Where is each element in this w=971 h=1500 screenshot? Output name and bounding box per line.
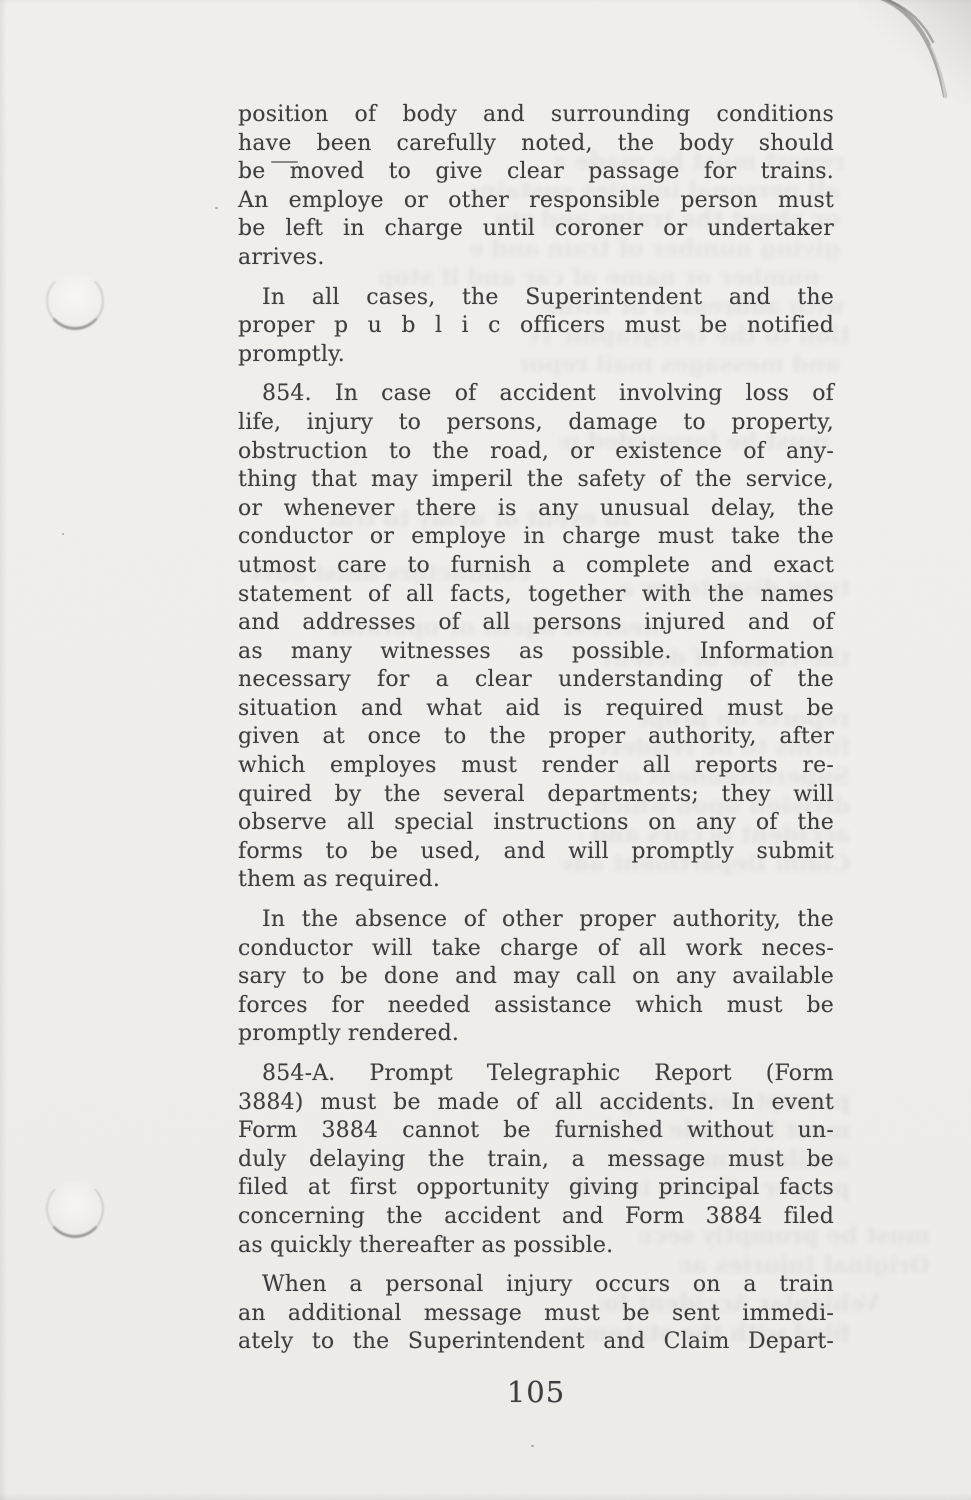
- text-line: them as required.: [238, 866, 834, 895]
- text-line: ately to the Superintendent and Claim De…: [238, 1328, 834, 1357]
- text-line: filed at first opportunity giving princi…: [238, 1174, 834, 1203]
- text-line: 854-A. Prompt Telegraphic Report (Form: [238, 1060, 834, 1089]
- text-line: which employes must render all reports r…: [238, 752, 834, 781]
- paragraph: When a personal injury occurs on a train…: [238, 1271, 834, 1357]
- binder-hole-shadow: [46, 272, 104, 330]
- text-line: forms to be used, and will promptly subm…: [238, 838, 834, 867]
- text-line: have been carefully noted, the body shou…: [238, 130, 834, 159]
- paragraph: In all cases, the Superintendent and the…: [238, 284, 834, 370]
- text-line: duly delaying the train, a message must …: [238, 1146, 834, 1175]
- text-line: be left in charge until coroner or under…: [238, 215, 834, 244]
- text-line: as many witnesses as possible. Informati…: [238, 638, 834, 667]
- binder-hole-shadow: [46, 1180, 104, 1238]
- text-line: position of body and surrounding conditi…: [238, 101, 834, 130]
- text-line: statement of all facts, together with th…: [238, 581, 834, 610]
- text-line: situation and what aid is required must …: [238, 695, 834, 724]
- text-line: be moved to give clear passage for train…: [238, 158, 834, 187]
- text-line: life, injury to persons, damage to prope…: [238, 409, 834, 438]
- paragraph: In the absence of other proper authority…: [238, 906, 834, 1049]
- text-line: promptly rendered.: [238, 1020, 834, 1049]
- text-line: quired by the several departments; they …: [238, 781, 834, 810]
- text-line: promptly.: [238, 341, 834, 370]
- text-line: concerning the accident and Form 3884 fi…: [238, 1203, 834, 1232]
- dust-speck: [62, 533, 64, 535]
- text-line: given at once to the proper authority, a…: [238, 723, 834, 752]
- text-line: conductor will take charge of all work n…: [238, 935, 834, 964]
- paragraph: 854-A. Prompt Telegraphic Report (Form38…: [238, 1060, 834, 1260]
- text-line: 3884) must be made of all accidents. In …: [238, 1089, 834, 1118]
- dust-speck: [531, 1445, 534, 1447]
- page-body: position of body and surrounding conditi…: [238, 101, 834, 1368]
- text-line: thing that may imperil the safety of the…: [238, 466, 834, 495]
- page-number: 105: [238, 1375, 834, 1409]
- scanned-book-page: report must be made at once ofall person…: [0, 0, 971, 1500]
- scan-edge-left: [0, 0, 7, 1500]
- text-line: In all cases, the Superintendent and the: [238, 284, 834, 313]
- print-flaw-overline: [271, 161, 298, 163]
- text-line: sary to be done and may call on any avai…: [238, 963, 834, 992]
- text-line: arrives.: [238, 244, 834, 273]
- paragraph: position of body and surrounding conditi…: [238, 101, 834, 273]
- paragraph: 854. In case of accident involving loss …: [238, 380, 834, 895]
- text-line: an additional message must be sent immed…: [238, 1300, 834, 1329]
- text-line: obstruction to the road, or existence of…: [238, 438, 834, 467]
- text-line: utmost care to furnish a complete and ex…: [238, 552, 834, 581]
- text-line: Form 3884 cannot be furnished without un…: [238, 1117, 834, 1146]
- text-line: and addresses of all persons injured and…: [238, 609, 834, 638]
- text-line: necessary for a clear understanding of t…: [238, 666, 834, 695]
- text-line: 854. In case of accident involving loss …: [238, 380, 834, 409]
- text-line: conductor or employe in charge must take…: [238, 523, 834, 552]
- text-line: proper p u b l i c officers must be noti…: [238, 312, 834, 341]
- text-line: An employe or other responsible person m…: [238, 187, 834, 216]
- text-line: observe all special instructions on any …: [238, 809, 834, 838]
- text-line: as quickly thereafter as possible.: [238, 1232, 834, 1261]
- text-line: When a personal injury occurs on a train: [238, 1271, 834, 1300]
- text-line: forces for needed assistance which must …: [238, 992, 834, 1021]
- page-corner-curl: [851, 0, 971, 110]
- dust-speck: [215, 207, 218, 209]
- scan-edge-bottom: [0, 1493, 971, 1500]
- text-line: In the absence of other proper authority…: [238, 906, 834, 935]
- scan-edge-top: [0, 0, 971, 4]
- text-line: or whenever there is any unusual delay, …: [238, 495, 834, 524]
